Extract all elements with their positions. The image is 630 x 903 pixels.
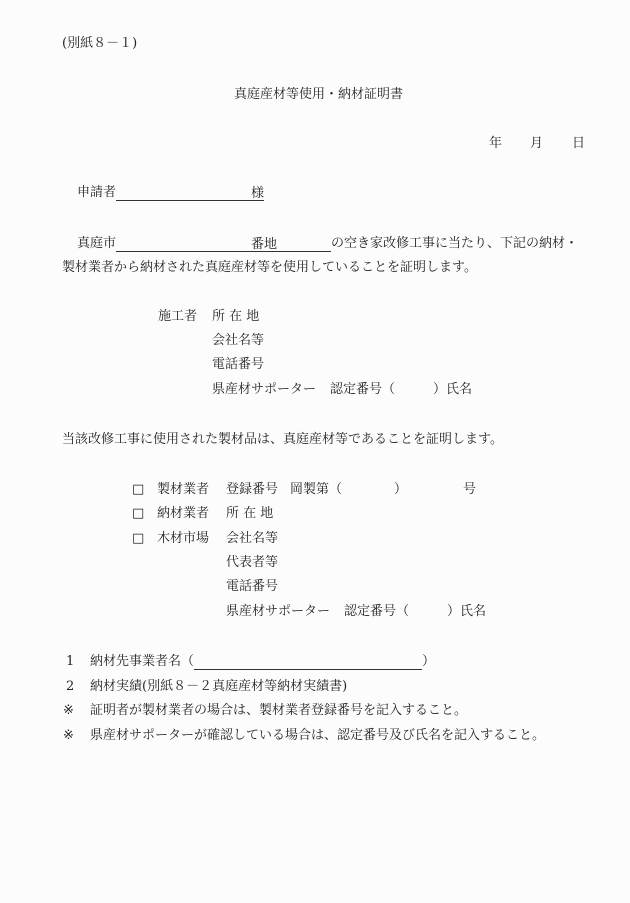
note-3: 証明者が製材業者の場合は、製材業者登録番号を記入すること。 [90, 703, 467, 719]
certify-statement: 当該改修工事に使用された製材品は、真庭産材等であることを証明します。 [62, 432, 503, 448]
contractor-address: 所 在 地 [212, 309, 259, 325]
date-month: 月 [530, 136, 543, 152]
note-4: 県産材サポーターが確認している場合は、認定番号及び氏名を記入すること。 [90, 728, 545, 744]
checkbox-market[interactable]: □ [132, 531, 144, 547]
note-2-mark: 2 [66, 679, 74, 695]
contractor-phone: 電話番号 [212, 357, 264, 373]
address-field[interactable] [116, 237, 251, 252]
applicant-name-field[interactable] [116, 186, 251, 201]
checkbox-supplier[interactable]: □ [132, 506, 144, 522]
note-4-mark: ※ [63, 728, 74, 744]
note-2: 納材実績(別紙８－２真庭産材等納材実績書) [90, 679, 347, 695]
type-sawmill: 製材業者 [157, 482, 209, 498]
registration-line: 登録番号岡製第（）号 [226, 482, 476, 498]
note-1-mark: 1 [66, 654, 74, 670]
type-supplier: 納材業者 [157, 506, 209, 522]
supplier-supporter: 県産材サポーター認定番号（）氏名 [226, 604, 486, 620]
note-1: 納材先事業者名（） [90, 654, 435, 670]
type-market: 木材市場 [157, 531, 209, 547]
supplier-representative: 代表者等 [226, 555, 278, 571]
intro-line-1: 真庭市番地の空き家改修工事に当たり、下記の納材・ [77, 236, 578, 252]
contractor-supporter: 県産材サポーター認定番号（）氏名 [212, 382, 472, 398]
delivery-destination-field[interactable] [194, 655, 422, 670]
annex-label: (別紙８－１) [62, 36, 137, 52]
date-year: 年 [489, 136, 502, 152]
applicant-label: 申請者 [77, 185, 116, 200]
date-day: 日 [572, 136, 585, 152]
applicant-suffix: 様 [251, 186, 264, 201]
checkbox-sawmill[interactable]: □ [132, 482, 144, 498]
supplier-phone: 電話番号 [226, 579, 278, 595]
banchi-field[interactable] [277, 237, 331, 252]
supplier-address: 所 在 地 [226, 506, 273, 522]
note-3-mark: ※ [63, 703, 74, 719]
applicant-line: 申請者様 [77, 185, 264, 201]
intro-line-2: 製材業者から納材された真庭産材等を使用していることを証明します。 [62, 260, 477, 276]
supplier-company: 会社名等 [226, 531, 278, 547]
contractor-label: 施工者 [158, 309, 197, 325]
contractor-company: 会社名等 [212, 333, 264, 349]
document-title: 真庭産材等使用・納材証明書 [234, 87, 403, 103]
